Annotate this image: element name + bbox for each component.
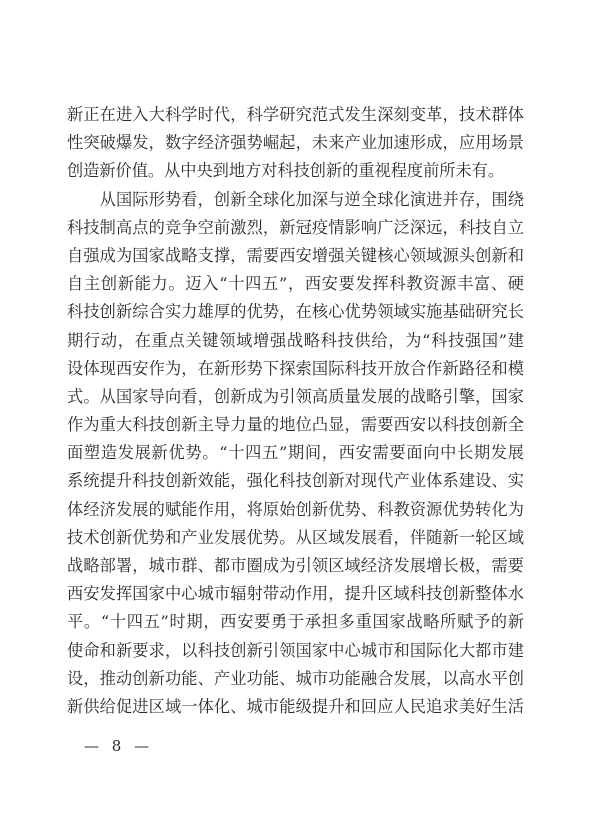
text-line: 西安发挥国家中心城市辐射带动作用，提升区域科技创新整体水 (67, 580, 524, 608)
text-line: 从国际形势看，创新全球化加深与逆全球化演进并存，围绕 (67, 186, 524, 214)
text-line: 新供给促进区域一体化、城市能级提升和回应人民追求美好生活 (67, 693, 524, 721)
text-line: 使命和新要求，以科技创新引领国家中心城市和国际化大都市建 (67, 637, 524, 665)
text-line: 科技制高点的竞争空前激烈，新冠疫情影响广泛深远，科技自立 (67, 214, 524, 242)
text-line: 技术创新优势和产业发展优势。从区域发展看，伴随新一轮区域 (67, 524, 524, 552)
text-line: 式。从国家导向看，创新成为引领高质量发展的战略引擎，国家 (67, 383, 524, 411)
text-line: 性突破爆发，数字经济强势崛起，未来产业加速形成，应用场景 (67, 129, 524, 157)
text-line: 自主创新能力。迈入“十四五”，西安要发挥科教资源丰富、硬 (67, 270, 524, 298)
text-line: 平。“十四五”时期，西安要勇于承担多重国家战略所赋予的新 (67, 608, 524, 636)
text-line: 科技创新综合实力雄厚的优势，在核心优势领域实施基础研究长 (67, 298, 524, 326)
text-line: 自强成为国家战略支撑，需要西安增强关键核心领域源头创新和 (67, 242, 524, 270)
text-line: 作为重大科技创新主导力量的地位凸显，需要西安以科技创新全 (67, 411, 524, 439)
text-line: 新正在进入大科学时代，科学研究范式发生深刻变革，技术群体 (67, 101, 524, 129)
page-number: — 8 — (84, 736, 153, 756)
text-line: 设，推动创新功能、产业功能、城市功能融合发展，以高水平创 (67, 665, 524, 693)
text-line: 系统提升科技创新效能，强化科技创新对现代产业体系建设、实 (67, 467, 524, 495)
document-page: 新正在进入大科学时代，科学研究范式发生深刻变革，技术群体性突破爆发，数字经济强势… (0, 0, 590, 834)
text-line: 创造新价值。从中央到地方对科技创新的重视程度前所未有。 (67, 157, 524, 185)
body-text: 新正在进入大科学时代，科学研究范式发生深刻变革，技术群体性突破爆发，数字经济强势… (67, 101, 524, 721)
text-line: 面塑造发展新优势。“十四五”期间，西安需要面向中长期发展 (67, 439, 524, 467)
text-line: 战略部署，城市群、都市圈成为引领区域经济发展增长极，需要 (67, 552, 524, 580)
text-line: 体经济发展的赋能作用，将原始创新优势、科教资源优势转化为 (67, 496, 524, 524)
text-line: 设体现西安作为，在新形势下探索国际科技开放合作新路径和模 (67, 355, 524, 383)
text-line: 期行动，在重点关键领域增强战略科技供给，为“科技强国”建 (67, 327, 524, 355)
